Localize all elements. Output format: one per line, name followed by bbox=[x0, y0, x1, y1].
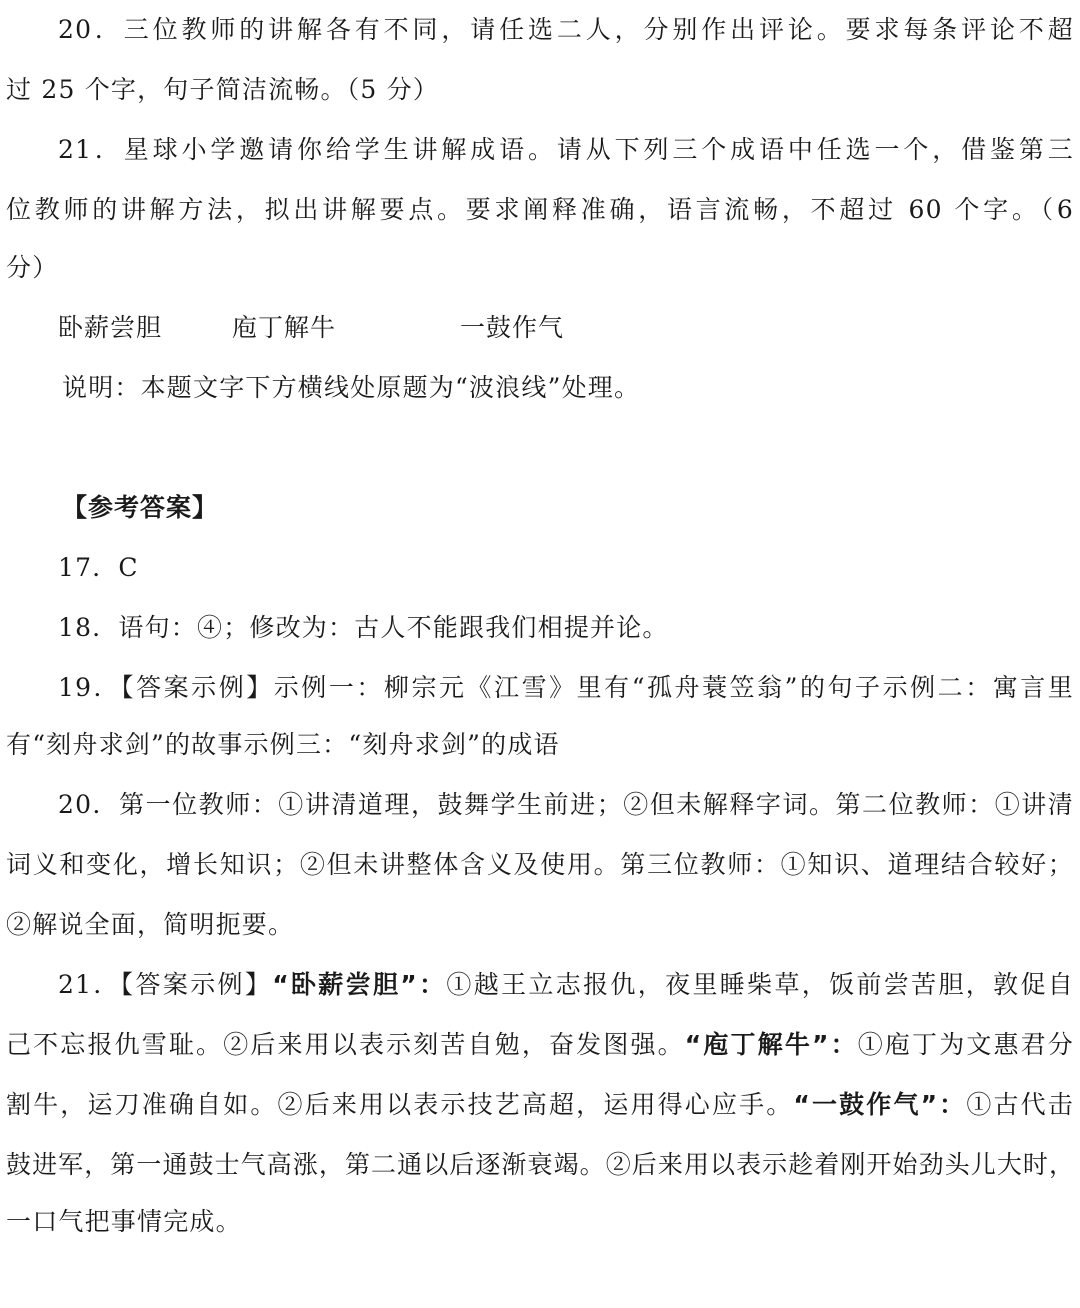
question-20-line-2: 过 25 个字，句子简洁流畅。（5 分） bbox=[6, 70, 1074, 110]
idiom-option-3: 一鼓作气 bbox=[460, 308, 564, 348]
answer-21-idiom-1-label: “卧薪尝胆”： bbox=[272, 970, 446, 999]
answer-20-line-2: 词义和变化，增长知识；②但未讲整体含义及使用。第三位教师：①知识、道理结合较好； bbox=[6, 845, 1074, 885]
answer-21-idiom-2-text-a: ①庖丁为文惠君分 bbox=[858, 1030, 1074, 1059]
answers-heading: 【参考答案】 bbox=[62, 488, 218, 528]
answer-21-prefix: 21．【答案示例】 bbox=[58, 970, 272, 999]
answer-21-line-2: 己不忘报仇雪耻。②后来用以表示刻苦自勉，奋发图强。“庖丁解牛”：①庖丁为文惠君分 bbox=[6, 1025, 1074, 1065]
answer-21-idiom-3-text-a: ①古代击 bbox=[966, 1090, 1074, 1119]
answer-20-line-3: ②解说全面，简明扼要。 bbox=[6, 905, 1074, 945]
idiom-option-2: 庖丁解牛 bbox=[232, 308, 336, 348]
document-page: 20．三位教师的讲解各有不同，请任选二人，分别作出评论。要求每条评论不超 过 2… bbox=[0, 0, 1080, 1308]
answer-21-idiom-1-text-b: 己不忘报仇雪耻。②后来用以表示刻苦自勉，奋发图强。 bbox=[6, 1030, 685, 1059]
answer-21-idiom-2-text-b: 割牛，运刀准确自如。②后来用以表示技艺高超，运用得心应手。 bbox=[6, 1090, 793, 1119]
question-21-line-2: 位教师的讲解方法，拟出讲解要点。要求阐释准确，语言流畅，不超过 60 个字。（6 bbox=[6, 190, 1074, 230]
idiom-option-1: 卧薪尝胆 bbox=[58, 308, 162, 348]
answer-19-line-2: 有“刻舟求剑”的故事示例三：“刻舟求剑”的成语 bbox=[6, 725, 1074, 765]
answer-20-line-1: 20．第一位教师：①讲清道理，鼓舞学生前进；②但未解释字词。第二位教师：①讲清 bbox=[58, 785, 1074, 825]
answer-19-line-1: 19．【答案示例】示例一：柳宗元《江雪》里有“孤舟蓑笠翁”的句子示例二：寓言里 bbox=[58, 668, 1074, 708]
answer-18: 18．语句：④；修改为：古人不能跟我们相提并论。 bbox=[58, 608, 1074, 648]
question-20-line-1: 20．三位教师的讲解各有不同，请任选二人，分别作出评论。要求每条评论不超 bbox=[58, 10, 1074, 50]
answer-21-line-3: 割牛，运刀准确自如。②后来用以表示技艺高超，运用得心应手。“一鼓作气”：①古代击 bbox=[6, 1085, 1074, 1125]
answer-21-idiom-1-text-a: ①越王立志报仇，夜里睡柴草，饭前尝苦胆，敦促自 bbox=[446, 970, 1074, 999]
answer-21-line-1: 21．【答案示例】“卧薪尝胆”：①越王立志报仇，夜里睡柴草，饭前尝苦胆，敦促自 bbox=[58, 965, 1074, 1005]
question-21-line-3: 分） bbox=[6, 248, 1074, 288]
answer-21-line-5: 一口气把事情完成。 bbox=[6, 1202, 1074, 1242]
note: 说明：本题文字下方横线处原题为“波浪线”处理。 bbox=[62, 368, 1078, 408]
answer-21-line-4: 鼓进军，第一通鼓士气高涨，第二通以后逐渐衰竭。②后来用以表示趁着刚开始劲头儿大时… bbox=[6, 1145, 1074, 1185]
answer-21-idiom-3-label: “一鼓作气”： bbox=[793, 1090, 966, 1119]
answer-21-idiom-2-label: “庖丁解牛”： bbox=[685, 1030, 858, 1059]
answer-17: 17．C bbox=[58, 548, 1074, 588]
question-21-line-1: 21．星球小学邀请你给学生讲解成语。请从下列三个成语中任选一个，借鉴第三 bbox=[58, 130, 1074, 170]
